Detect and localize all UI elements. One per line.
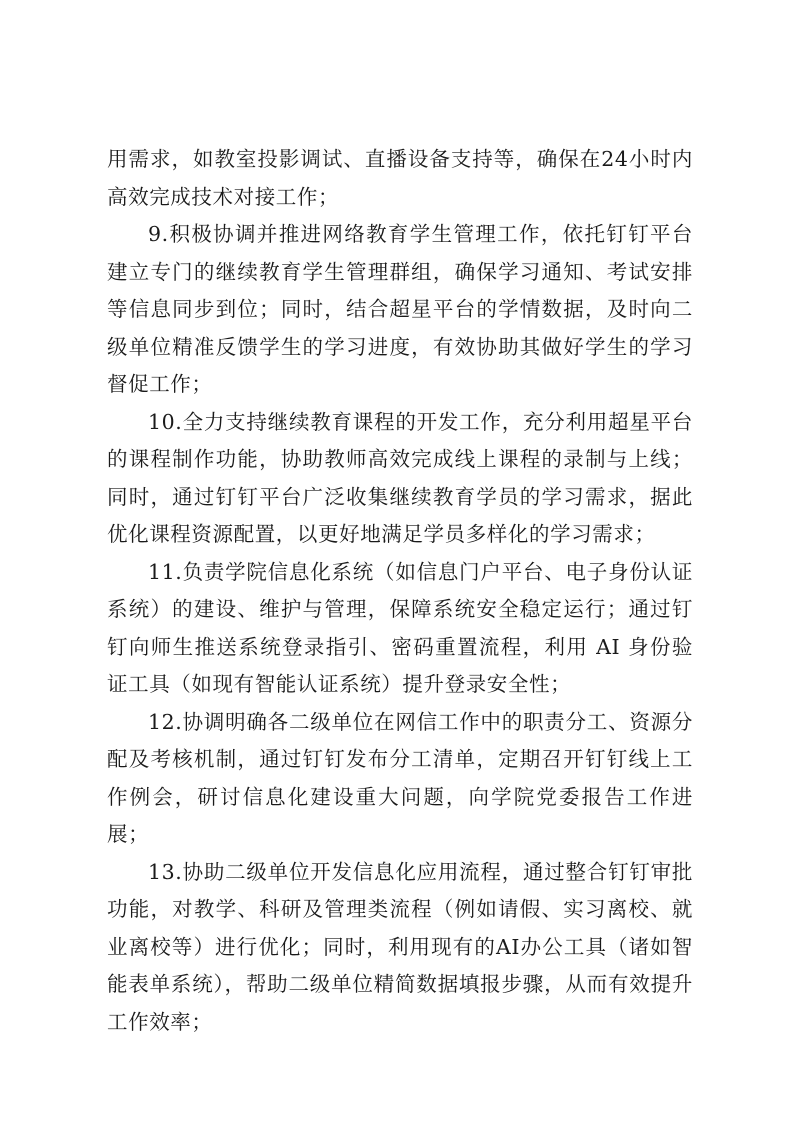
list-item-11: 11.负责学院信息化系统（如信息门户平台、电子身份认证系统）的建设、维护与管理，… <box>107 554 693 704</box>
paragraph-continued: 用需求，如教室投影调试、直播设备支持等，确保在24小时内高效完成技术对接工作； <box>107 141 693 216</box>
document-page: 用需求，如教室投影调试、直播设备支持等，确保在24小时内高效完成技术对接工作； … <box>107 141 693 1041</box>
list-item-9: 9.积极协调并推进网络教育学生管理工作，依托钉钉平台建立专门的继续教育学生管理群… <box>107 216 693 404</box>
list-item-10: 10.全力支持继续教育课程的开发工作，充分利用超星平台的课程制作功能，协助教师高… <box>107 404 693 554</box>
list-item-12: 12.协调明确各二级单位在网信工作中的职责分工、资源分配及考核机制，通过钉钉发布… <box>107 704 693 854</box>
list-item-13: 13.协助二级单位开发信息化应用流程，通过整合钉钉审批功能，对教学、科研及管理类… <box>107 854 693 1042</box>
